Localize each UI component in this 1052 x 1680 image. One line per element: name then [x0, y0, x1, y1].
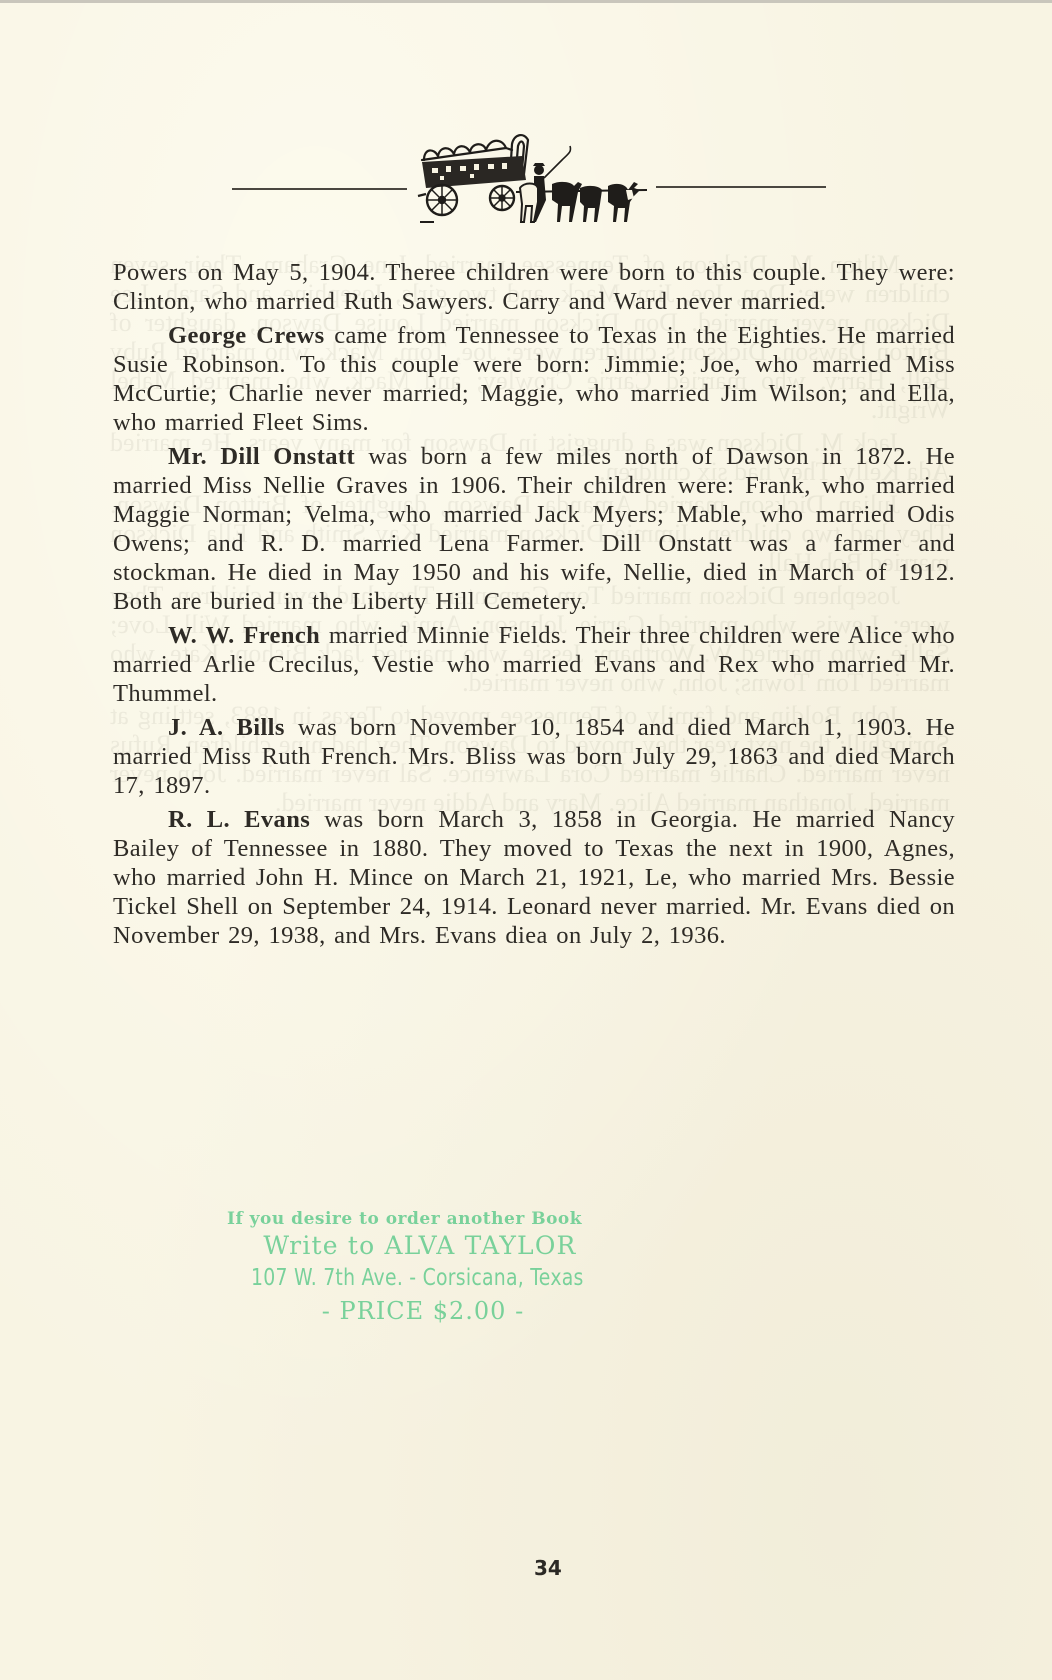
person-name: George Crews	[168, 322, 325, 349]
page-number: 34	[534, 1556, 562, 1580]
stamp-price: - PRICE $2.00 -	[231, 1294, 615, 1328]
paragraph-rl-evans: R. L. Evans was born March 3, 1858 in Ge…	[113, 805, 955, 950]
ornament-rule-left	[232, 188, 407, 190]
person-name: R. L. Evans	[168, 806, 310, 833]
stamp-contact-name: Write to ALVA TAYLOR	[225, 1230, 615, 1262]
paragraph-powers: Powers on May 5, 1904. Theree children w…	[113, 258, 955, 316]
stamp-order-line: If you desire to order another Book	[227, 1208, 615, 1230]
stamp-address: 107 W. 7th Ave. - Corsicana, Texas	[251, 1262, 579, 1294]
ornament-rule-right	[656, 186, 826, 188]
paragraph-george-crews: George Crews came from Tennessee to Texa…	[113, 321, 955, 437]
person-name: W. W. French	[168, 622, 320, 649]
document-body: Powers on May 5, 1904. Theree children w…	[113, 258, 955, 955]
person-name: J. A. Bills	[168, 714, 285, 741]
paragraph-text: Powers on May 5, 1904. Theree children w…	[113, 259, 955, 315]
paragraph-ja-bills: J. A. Bills was born November 10, 1854 a…	[113, 713, 955, 800]
person-name: Mr. Dill Onstatt	[168, 443, 355, 470]
covered-wagon-icon	[412, 130, 652, 230]
order-stamp: If you desire to order another Book Writ…	[215, 1208, 615, 1328]
page-top-edge	[0, 0, 1052, 3]
paragraph-dill-onstatt: Mr. Dill Onstatt was born a few miles no…	[113, 442, 955, 616]
paragraph-ww-french: W. W. French married Minnie Fields. Thei…	[113, 621, 955, 708]
header-ornament	[232, 130, 826, 230]
